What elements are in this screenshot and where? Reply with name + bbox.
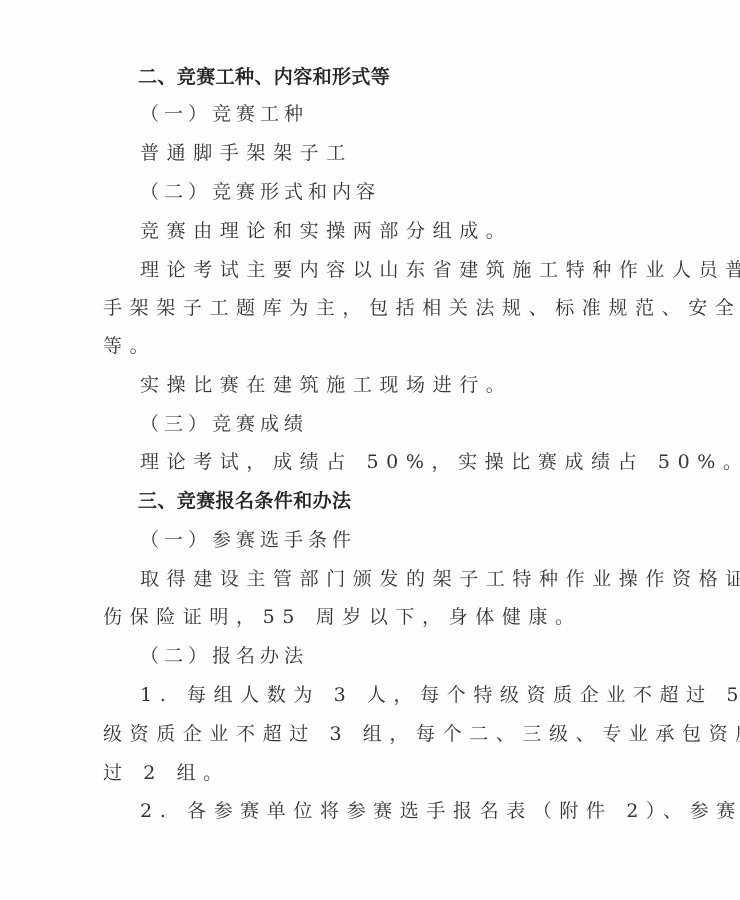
subsection-title-eligibility: （一）参赛选手条件	[140, 521, 700, 560]
list-item-text: 2. 各参赛单位将参赛选手报名表（附件 2）、参赛代表队登	[140, 792, 700, 831]
subsection-title-competition-type: （一）竞赛工种	[140, 95, 700, 134]
paragraph-text: 竞赛由理论和实操两部分组成。	[140, 212, 700, 251]
subsection-title-scores: （三）竞赛成绩	[140, 405, 700, 444]
list-item-text: 1. 每组人数为 3 人，每个特级资质企业不超过 5 组，每个一	[140, 676, 700, 715]
paragraph-text: 伤保险证明，55 周岁以下，身体健康。	[103, 598, 663, 637]
paragraph-text: 实操比赛在建筑施工现场进行。	[140, 366, 700, 405]
section-heading-3: 三、竞赛报名条件和办法	[138, 482, 698, 521]
paragraph-text: 理论考试，成绩占 50%，实操比赛成绩占 50%。	[140, 443, 700, 482]
section-heading-2: 二、竞赛工种、内容和形式等	[138, 58, 698, 97]
list-item-text: 级资质企业不超过 3 组，每个二、三级、专业承包资质企业不超	[103, 715, 663, 754]
paragraph-text: 普通脚手架架子工	[140, 134, 700, 173]
document-page: 二、竞赛工种、内容和形式等 （一）竞赛工种 普通脚手架架子工 （二）竞赛形式和内…	[0, 0, 740, 900]
paragraph-text: 等。	[103, 327, 663, 366]
subsection-title-form-content: （二）竞赛形式和内容	[140, 173, 700, 212]
paragraph-text: 手架架子工题库为主，包括相关法规、标准规范、安全技术规程	[103, 289, 663, 328]
list-item-text: 过 2 组。	[103, 754, 663, 793]
paragraph-text: 取得建设主管部门颁发的架子工特种作业操作资格证书，工	[140, 560, 700, 599]
paragraph-text: 理论考试主要内容以山东省建筑施工特种作业人员普通脚	[140, 251, 700, 290]
subsection-title-registration: （二）报名办法	[140, 637, 700, 676]
